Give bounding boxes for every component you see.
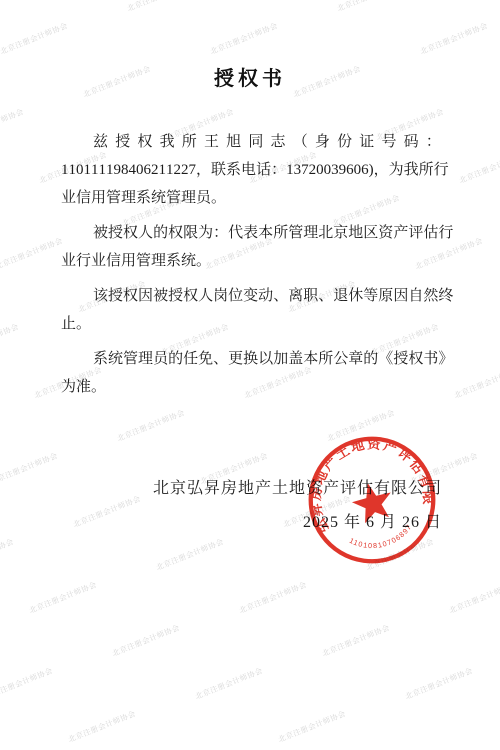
document-line: 该授权因被授权人岗位变动、离职、退休等原因自然终: [61, 282, 441, 310]
paragraph: 系统管理员的任免、更换以加盖本所公章的《授权书》为准。: [61, 345, 441, 401]
seal-ring: [305, 433, 439, 567]
document-line: 兹授权我所王旭同志（身份证号码：: [61, 128, 441, 156]
watermark-text: 北京注册会计师协会: [209, 20, 280, 57]
document-line: 止。: [61, 310, 441, 338]
document-line: 系统管理员的任免、更换以加盖本所公章的《授权书》: [61, 345, 441, 373]
document-line: 业行业信用管理系统。: [61, 247, 441, 275]
watermark-text: 北京注册会计师协会: [448, 579, 500, 616]
watermark-text: 北京注册会计师协会: [326, 407, 397, 444]
watermark-text: 北京注册会计师协会: [0, 321, 20, 358]
watermark-text: 北京注册会计师协会: [458, 149, 500, 186]
watermark-text: 北京注册会计师协会: [453, 364, 500, 401]
document-body: 兹授权我所王旭同志（身份证号码：110111198406211227，联系电话：…: [61, 128, 441, 408]
watermark-text: 北京注册会计师协会: [0, 235, 64, 272]
paragraph: 兹授权我所王旭同志（身份证号码：110111198406211227，联系电话：…: [61, 128, 441, 212]
watermark-text: 北京注册会计师协会: [365, 536, 436, 573]
watermark-text: 北京注册会计师协会: [0, 450, 59, 487]
watermark-text: 北京注册会计师协会: [155, 536, 226, 573]
document-title: 授权书: [0, 62, 500, 91]
watermark-text: 北京注册会计师协会: [277, 708, 348, 745]
signature-date: 2025 年 6 月 26 日: [303, 512, 442, 534]
watermark-text: 北京注册会计师协会: [72, 493, 143, 530]
document-line: 110111198406211227，联系电话：13720039606)，为我所…: [61, 156, 441, 184]
watermark-text: 北京注册会计师协会: [0, 20, 69, 57]
watermark-text: 北京注册会计师协会: [111, 622, 182, 659]
watermark-text: 北京注册会计师协会: [0, 665, 54, 702]
watermark-text: 北京注册会计师协会: [0, 536, 15, 573]
watermark-text: 北京注册会计师协会: [0, 106, 25, 143]
company-seal-stamp: 北京弘昇房地产土地资产评估有限公司 11010810706897: [305, 433, 439, 567]
watermark-text: 北京注册会计师协会: [116, 407, 187, 444]
watermark-text: 北京注册会计师协会: [194, 665, 265, 702]
document-page: 北京注册会计师协会北京注册会计师协会北京注册会计师协会北京注册会计师协会北京注册…: [0, 0, 500, 750]
paragraph: 被授权人的权限为：代表本所管理北京地区资产评估行业行业信用管理系统。: [61, 219, 441, 275]
watermark-text: 北京注册会计师协会: [321, 622, 392, 659]
watermark-text: 北京注册会计师协会: [28, 579, 99, 616]
watermark-text: 北京注册会计师协会: [126, 0, 197, 14]
watermark-text: 北京注册会计师协会: [238, 579, 309, 616]
watermark-text: 北京注册会计师协会: [67, 708, 138, 745]
watermark-text: 北京注册会计师协会: [404, 665, 475, 702]
signature-company: 北京弘昇房地产土地资产评估有限公司: [153, 478, 442, 500]
document-line: 被授权人的权限为：代表本所管理北京地区资产评估行: [61, 219, 441, 247]
document-line: 业信用管理系统管理员。: [61, 184, 441, 212]
watermark-text: 北京注册会计师协会: [336, 0, 407, 14]
paragraph: 该授权因被授权人岗位变动、离职、退休等原因自然终止。: [61, 282, 441, 338]
document-line: 为准。: [61, 373, 441, 401]
watermark-text: 北京注册会计师协会: [419, 20, 490, 57]
